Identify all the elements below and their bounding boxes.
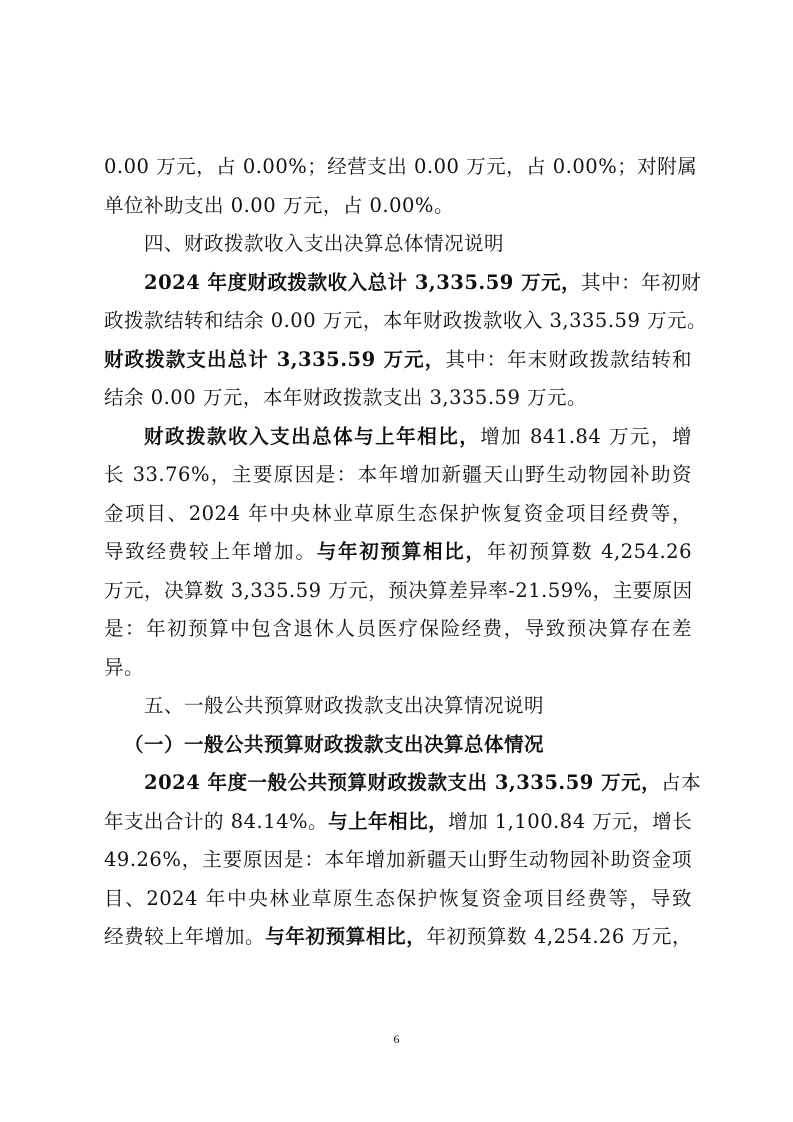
paragraph-line: 导致经费较上年增加。与年初预算相比，年初预算数 4,254.26 [104,533,692,572]
paragraph-line: 政拨款结转和结余 0.00 万元，本年财政拨款收入 3,335.59 万元。 [104,302,692,341]
bold-text: 财政拨款支出总计 3,335.59 万元， [104,348,445,371]
text: 其中：年末财政拨款结转和 [445,348,692,371]
paragraph-line: 万元，决算数 3,335.59 万元，预决算差异率-21.59%，主要原因 [104,572,692,611]
paragraph-line: 年支出合计的 84.14%。与上年相比，增加 1,100.84 万元，增长 [104,803,692,842]
paragraph-line: 财政拨款收入支出总体与上年相比，增加 841.84 万元，增 [104,418,692,457]
text: 经费较上年增加。 [104,925,265,948]
heading-text: （一）一般公共预算财政拨款支出决算总体情况 [124,733,544,756]
text: 导致经费较上年增加。 [104,540,317,563]
paragraph-line: 结余 0.00 万元，本年财政拨款支出 3,335.59 万元。 [104,379,692,418]
subsection-heading: （一）一般公共预算财政拨款支出决算总体情况 [104,726,692,765]
text: 金项目、2024 年中央林业草原生态保护恢复资金项目经费等， [104,502,692,525]
text: 政拨款结转和结余 0.00 万元，本年财政拨款收入 3,335.59 万元。 [104,309,707,332]
section-heading-4: 四、财政拨款收入支出决算总体情况说明 [104,225,692,264]
text: 其中：年初财 [581,271,701,294]
paragraph-line: 49.26%，主要原因是：本年增加新疆天山野生动物园补助资金项 [104,841,692,880]
paragraph-line: 长 33.76%，主要原因是：本年增加新疆天山野生动物园补助资 [104,456,692,495]
text: 万元，决算数 3,335.59 万元，预决算差异率-21.59%，主要原因 [104,579,693,602]
paragraph-line: 0.00 万元，占 0.00%；经营支出 0.00 万元，占 0.00%；对附属 [104,148,692,187]
text: 长 33.76%，主要原因是：本年增加新疆天山野生动物园补助资 [104,463,692,486]
text: 增加 841.84 万元，增 [480,425,692,448]
bold-text: 2024 年度财政拨款收入总计 3,335.59 万元， [144,271,581,294]
heading-text: 五、一般公共预算财政拨款支出决算情况说明 [144,694,544,717]
text: 目、2024 年中央林业草原生态保护恢复资金项目经费等，导致 [104,887,692,910]
text: 49.26%，主要原因是：本年增加新疆天山野生动物园补助资金项 [104,848,692,871]
text: 是：年初预算中包含退休人员医疗保险经费，导致预决算存在差 [104,617,692,640]
page-number: 6 [0,1032,793,1047]
paragraph-line: 2024 年度财政拨款收入总计 3,335.59 万元，其中：年初财 [104,264,692,303]
paragraph-line: 金项目、2024 年中央林业草原生态保护恢复资金项目经费等， [104,495,692,534]
text: 0.00 万元，占 0.00%；经营支出 0.00 万元，占 0.00%；对附属 [104,155,697,178]
text: 年初预算数 4,254.26 [487,540,692,563]
document-page: 0.00 万元，占 0.00%；经营支出 0.00 万元，占 0.00%；对附属… [104,148,692,957]
text: 年支出合计的 84.14%。 [104,810,328,833]
text: 单位补助支出 0.00 万元，占 0.00%。 [104,194,454,217]
bold-text: 与年初预算相比， [317,540,487,563]
paragraph-line: 异。 [104,649,692,688]
text: 年初预算数 4,254.26 万元， [426,925,692,948]
text: 增加 1,100.84 万元，增长 [448,810,692,833]
heading-text: 四、财政拨款收入支出决算总体情况说明 [144,232,504,255]
paragraph-line: 是：年初预算中包含退休人员医疗保险经费，导致预决算存在差 [104,610,692,649]
bold-text: 2024 年度一般公共预算财政拨款支出 3,335.59 万元， [144,771,661,794]
text: 占本 [661,771,701,794]
bold-text: 与上年相比， [328,810,448,833]
paragraph-line: 目、2024 年中央林业草原生态保护恢复资金项目经费等，导致 [104,880,692,919]
text: 结余 0.00 万元，本年财政拨款支出 3,335.59 万元。 [104,386,587,409]
bold-text: 与年初预算相比， [265,925,426,948]
paragraph-line: 单位补助支出 0.00 万元，占 0.00%。 [104,187,692,226]
paragraph-line: 财政拨款支出总计 3,335.59 万元，其中：年末财政拨款结转和 [104,341,692,380]
section-heading-5: 五、一般公共预算财政拨款支出决算情况说明 [104,687,692,726]
text: 异。 [104,656,144,679]
bold-text: 财政拨款收入支出总体与上年相比， [144,425,480,448]
paragraph-line: 2024 年度一般公共预算财政拨款支出 3,335.59 万元，占本 [104,764,692,803]
paragraph-line: 经费较上年增加。与年初预算相比，年初预算数 4,254.26 万元， [104,918,692,957]
